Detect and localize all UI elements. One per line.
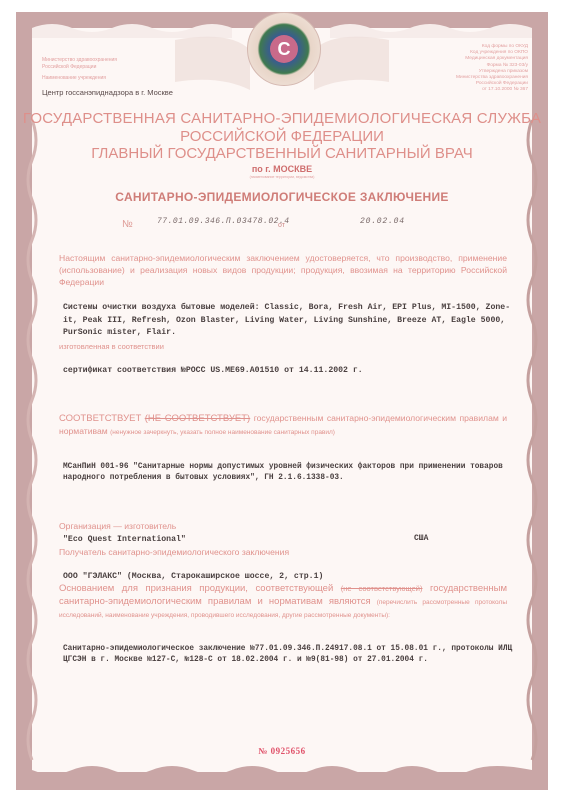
norms-reference: МСанПиН 001-96 "Санитарные нормы допусти… xyxy=(63,462,533,484)
complies-hint: (ненужное зачеркнуть, указать полное наи… xyxy=(110,429,335,436)
country-title: РОССИЙСКОЙ ФЕДЕРАЦИИ xyxy=(20,128,544,145)
region-caption: (наименование территории, ведомства) xyxy=(20,175,544,179)
manufacturer-label: Организация — изготовитель xyxy=(59,520,507,532)
basis-documents: Санитарно-эпидемиологическое заключение … xyxy=(63,644,533,666)
recipient-name: ООО "ГЭЛАКС" (Москва, Старокаширское шос… xyxy=(63,571,513,584)
institution-name: Центр госсанэпиднадзора в г. Москве xyxy=(42,88,173,97)
date-prefix: от xyxy=(278,222,285,229)
recipient-label: Получатель санитарно-эпидемиологического… xyxy=(59,546,507,558)
seal-c-mark-icon: C xyxy=(270,35,298,63)
intro-paragraph: Настоящим санитарно-эпидемиологическим з… xyxy=(59,252,507,288)
institution-label: Наименование учреждения xyxy=(42,75,117,82)
number-label: № xyxy=(122,219,133,230)
region-title: по г. МОСКВЕ xyxy=(20,164,544,174)
ministry-line: Российской Федерации xyxy=(42,64,117,71)
not-complies-struck: (НЕ СООТВЕТСТВУЕТ) xyxy=(145,413,251,424)
form-code-line: от 17.10.2000 № 367 xyxy=(400,87,528,93)
ministry-header: Министерство здравоохранения Российской … xyxy=(42,57,117,82)
certificate-reference: сертификат соответствия №РОСС US.МЕ69.А0… xyxy=(63,365,513,378)
ministry-line: Министерство здравоохранения xyxy=(42,57,117,64)
form-code-block: Код формы по ОКУД Код учреждения по ОКПО… xyxy=(400,44,528,94)
serial-number: № 0925656 xyxy=(20,746,544,756)
manufacturer-country: США xyxy=(414,534,428,543)
conclusion-date: 20.02.04 xyxy=(360,217,405,226)
made-per-label: изготовленная в соответствии xyxy=(59,341,507,353)
chief-doctor-title: ГЛАВНЫЙ ГОСУДАРСТВЕННЫЙ САНИТАРНЫЙ ВРАЧ xyxy=(20,145,544,162)
basis-start: Основанием для признания продукции, соот… xyxy=(59,583,333,594)
conclusion-number: 77.01.09.346.П.03478.02.4 xyxy=(157,217,290,226)
manufacturer-name: "Eco Quest International" xyxy=(63,534,513,547)
document-title: САНИТАРНО-ЭПИДЕМИОЛОГИЧЕСКОЕ ЗАКЛЮЧЕНИЕ xyxy=(20,190,544,204)
compliance-statement: СООТВЕТСТВУЕТ (НЕ СООТВЕТСТВУЕТ) государ… xyxy=(59,412,507,439)
basis-struck: (не соответствующей) xyxy=(341,584,423,593)
emblem-seal-icon: C xyxy=(247,12,321,86)
complies-text: СООТВЕТСТВУЕТ xyxy=(59,413,141,424)
products-list: Системы очистки воздуха бытовые моделей:… xyxy=(63,302,513,340)
basis-statement: Основанием для признания продукции, соот… xyxy=(59,583,507,623)
service-title: ГОСУДАРСТВЕННАЯ САНИТАРНО-ЭПИДЕМИОЛОГИЧЕ… xyxy=(20,110,544,127)
